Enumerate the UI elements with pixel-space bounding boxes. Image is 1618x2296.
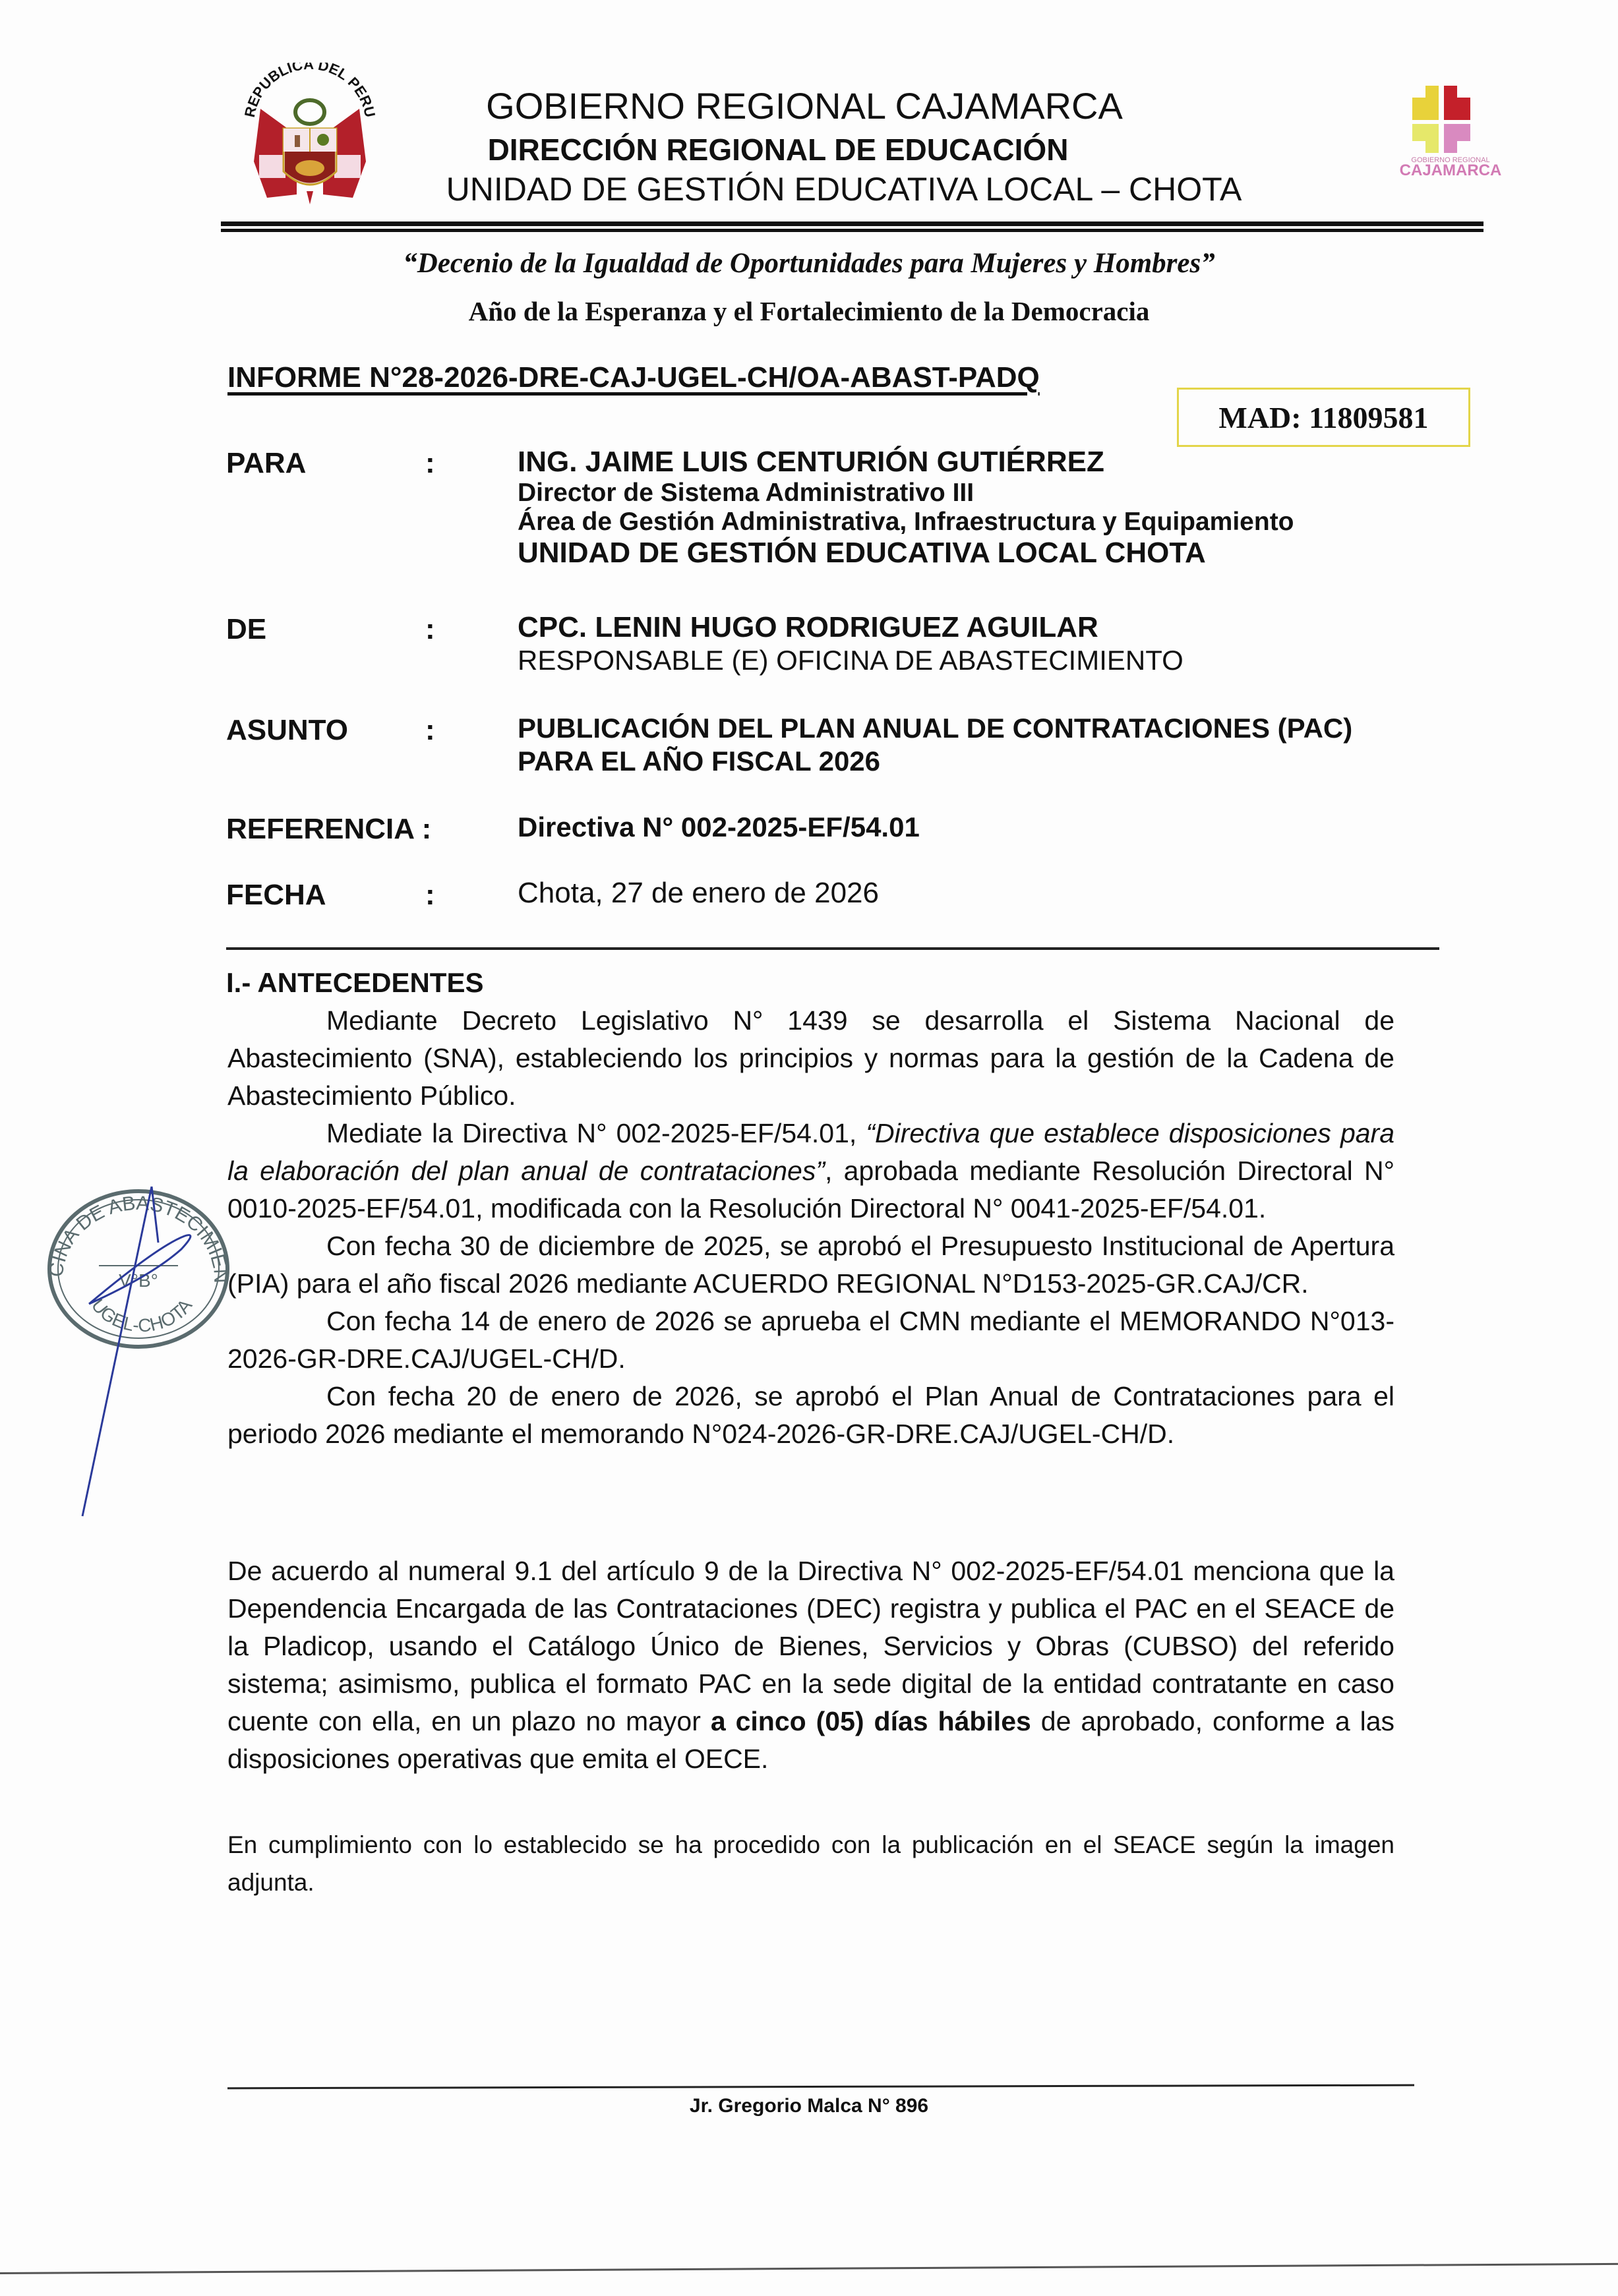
paragraph-decreto: Mediante Decreto Legislativo N° 1439 se … [227, 1002, 1394, 1115]
svg-text:CAJAMARCA: CAJAMARCA [1400, 162, 1502, 178]
year-motto: Año de la Esperanza y el Fortalecimiento… [0, 295, 1618, 327]
reference-value: Directiva N° 002-2025-EF/54.01 [518, 811, 920, 844]
recipient-unit: UNIDAD DE GESTIÓN EDUCATIVA LOCAL CHOTA [518, 537, 1294, 570]
field-value-fecha: Chota, 27 de enero de 2026 [518, 877, 879, 910]
footer-rule [227, 2084, 1414, 2090]
header-unit-name: UNIDAD DE GESTIÓN EDUCATIVA LOCAL – CHOT… [376, 170, 1312, 208]
header-directorate-name: DIRECCIÓN REGIONAL DE EDUCACIÓN [376, 132, 1180, 167]
header-rule-thick [221, 221, 1483, 226]
field-value-asunto: PUBLICACIÓN DEL PLAN ANUAL DE CONTRATACI… [518, 712, 1352, 778]
decade-motto: “Decenio de la Igualdad de Oportunidades… [0, 247, 1618, 280]
field-colon: : [425, 714, 435, 747]
field-colon: : [425, 613, 435, 646]
section-title-antecedentes: I.- ANTECEDENTES [226, 967, 483, 999]
date-value: Chota, 27 de enero de 2026 [518, 877, 879, 910]
field-label-de: DE [226, 613, 266, 646]
section-separator [226, 947, 1439, 950]
paragraph-cmn: Con fecha 14 de enero de 2026 se aprueba… [227, 1303, 1394, 1378]
sender-name: CPC. LENIN HUGO RODRIGUEZ AGUILAR [518, 611, 1184, 644]
svg-text:V°B°: V°B° [119, 1270, 158, 1291]
paragraph-pia: Con fecha 30 de diciembre de 2025, se ap… [227, 1227, 1394, 1303]
recipient-name: ING. JAIME LUIS CENTURIÓN GUTIÉRREZ [518, 446, 1294, 479]
paragraph-pac-approval: Con fecha 20 de enero de 2026, se aprobó… [227, 1378, 1394, 1453]
svg-text:OFICINA DE ABASTECIMIENTO: OFICINA DE ABASTECIMIENTO [26, 1147, 231, 1283]
svg-text:UGEL-CHOTA: UGEL-CHOTA [88, 1295, 196, 1336]
field-label-referencia: REFERENCIA : [226, 813, 431, 846]
recipient-area: Área de Gestión Administrativa, Infraest… [518, 508, 1294, 537]
antecedentes-paragraphs: Mediante Decreto Legislativo N° 1439 se … [227, 1002, 1394, 1453]
peru-coat-of-arms: REPUBLICA DEL PERU [234, 63, 386, 208]
field-label-para: PARA [226, 447, 306, 480]
field-label-fecha: FECHA [226, 879, 326, 912]
office-stamp: OFICINA DE ABASTECIMIENTO UGEL-CHOTA V°B… [26, 1147, 244, 1543]
compliance-paragraph-block: En cumplimiento con lo establecido se ha… [227, 1826, 1394, 1901]
field-label-asunto: ASUNTO [226, 714, 348, 747]
paragraph-numeral-9-1: De acuerdo al numeral 9.1 del artículo 9… [227, 1552, 1394, 1778]
report-number: INFORME N°28-2026-DRE-CAJ-UGEL-CH/OA-ABA… [227, 361, 1040, 394]
field-colon: : [425, 447, 435, 480]
footer-address: Jr. Gregorio Malca N° 896 [0, 2095, 1618, 2117]
field-value-para: ING. JAIME LUIS CENTURIÓN GUTIÉRREZ Dire… [518, 446, 1294, 570]
mad-box: MAD: 11809581 [1177, 388, 1470, 447]
subject-line-2: PARA EL AÑO FISCAL 2026 [518, 745, 1352, 778]
header-government-name: GOBIERNO REGIONAL CAJAMARCA [376, 84, 1233, 127]
recipient-title: Director de Sistema Administrativo III [518, 479, 1294, 508]
scan-edge-line [0, 2263, 1618, 2274]
field-colon: : [425, 879, 435, 912]
field-value-referencia: Directiva N° 002-2025-EF/54.01 [518, 811, 920, 844]
paragraph-compliance: En cumplimiento con lo establecido se ha… [227, 1826, 1394, 1901]
header-rule-thin [221, 229, 1483, 232]
numeral-paragraph-block: De acuerdo al numeral 9.1 del artículo 9… [227, 1552, 1394, 1778]
subject-line-1: PUBLICACIÓN DEL PLAN ANUAL DE CONTRATACI… [518, 712, 1352, 745]
field-value-de: CPC. LENIN HUGO RODRIGUEZ AGUILAR RESPON… [518, 611, 1184, 677]
gobierno-regional-cajamarca-logo: GOBIERNO REGIONAL CAJAMARCA [1371, 66, 1530, 178]
mad-number: MAD: 11809581 [1218, 400, 1428, 435]
paragraph-directiva: Mediate la Directiva N° 002-2025-EF/54.0… [227, 1115, 1394, 1227]
sender-title: RESPONSABLE (E) OFICINA DE ABASTECIMIENT… [518, 644, 1184, 677]
deadline-emphasis: a cinco (05) días hábiles [711, 1706, 1031, 1736]
